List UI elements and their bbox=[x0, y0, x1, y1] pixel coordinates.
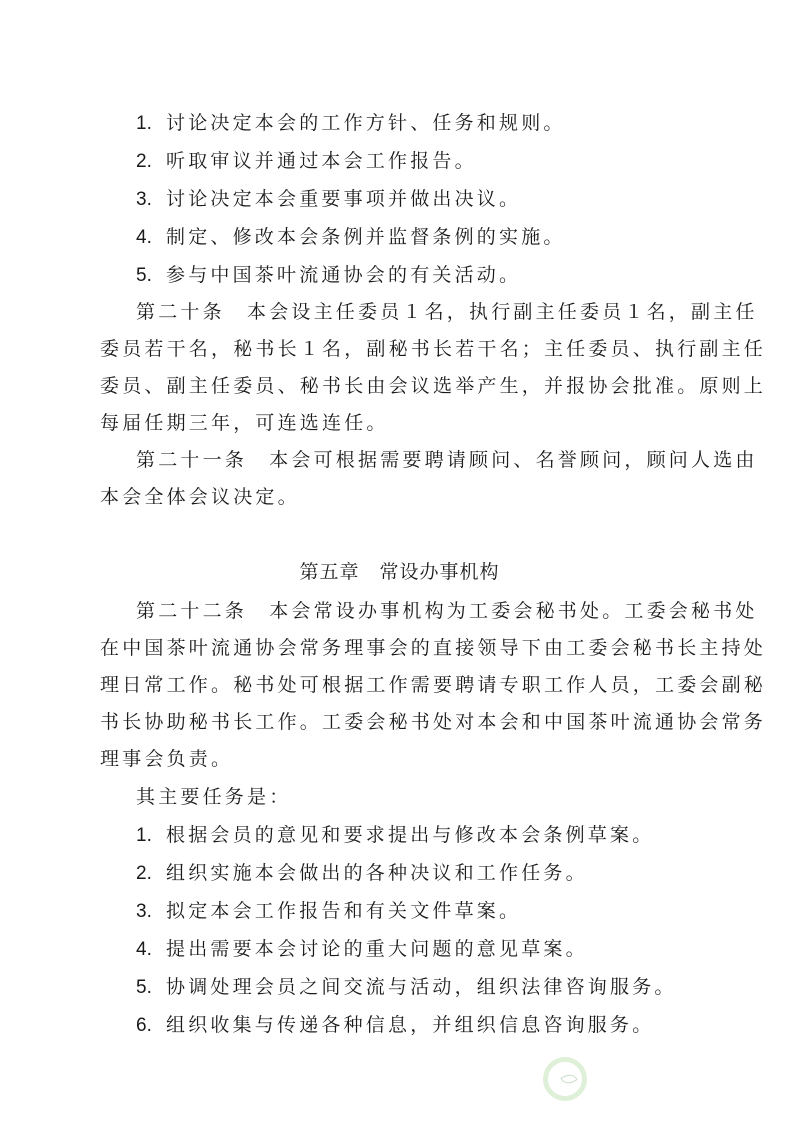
item-text: 讨论决定本会重要事项并做出决议。 bbox=[166, 188, 521, 210]
article-22-line: 在中国茶叶流通协会常务理事会的直接领导下由工委会秘书长主持处 bbox=[100, 633, 766, 660]
article-22-line: 书长协助秘书长工作。工委会秘书处对本会和中国茶叶流通协会常务 bbox=[100, 707, 766, 734]
item-text: 听取审议并通过本会工作报告。 bbox=[166, 150, 477, 172]
item-number: 5. bbox=[136, 977, 166, 999]
item-number: 2. bbox=[136, 863, 166, 885]
article-22-line: 第二十二条 本会常设办事机构为工委会秘书处。工委会秘书处 bbox=[136, 596, 758, 623]
list-item: 4.制定、修改本会条例并监督条例的实施。 bbox=[136, 222, 566, 249]
article-21-line: 第二十一条 本会可根据需要聘请顾问、名誉顾问，顾问人选由 bbox=[136, 445, 758, 472]
list-item: 1.根据会员的意见和要求提出与修改本会条例草案。 bbox=[136, 820, 654, 847]
article-20-line: 第二十条 本会设主任委员１名，执行副主任委员１名，副主任 bbox=[136, 297, 758, 324]
article-22-line: 理日常工作。秘书处可根据工作需要聘请专职工作人员，工委会副秘 bbox=[100, 670, 766, 697]
article-20-line: 每届任期三年，可连选连任。 bbox=[100, 408, 389, 435]
list-item: 5.协调处理会员之间交流与活动，组织法律咨询服务。 bbox=[136, 972, 677, 999]
list-item: 2.组织实施本会做出的各种决议和工作任务。 bbox=[136, 858, 588, 885]
item-number: 1. bbox=[136, 113, 166, 135]
item-text: 组织实施本会做出的各种决议和工作任务。 bbox=[166, 862, 588, 884]
item-number: 6. bbox=[136, 1015, 166, 1037]
item-text: 参与中国茶叶流通协会的有关活动。 bbox=[166, 264, 521, 286]
list-item: 5.参与中国茶叶流通协会的有关活动。 bbox=[136, 260, 521, 287]
item-number: 4. bbox=[136, 939, 166, 961]
item-number: 3. bbox=[136, 189, 166, 211]
chapter-heading: 第五章常设办事机构 bbox=[0, 557, 799, 584]
leaf-watermark-icon bbox=[543, 1057, 587, 1101]
chapter-number: 第五章 bbox=[299, 561, 359, 583]
list-item: 3.拟定本会工作报告和有关文件草案。 bbox=[136, 896, 521, 923]
item-text: 讨论决定本会的工作方针、任务和规则。 bbox=[166, 112, 566, 134]
list-item: 4.提出需要本会讨论的重大问题的意见草案。 bbox=[136, 934, 588, 961]
item-number: 5. bbox=[136, 265, 166, 287]
item-number: 1. bbox=[136, 825, 166, 847]
article-20-line: 委员若干名，秘书长１名，副秘书长若干名；主任委员、执行副主任 bbox=[100, 334, 766, 361]
list-item: 2.听取审议并通过本会工作报告。 bbox=[136, 146, 477, 173]
item-text: 提出需要本会讨论的重大问题的意见草案。 bbox=[166, 938, 588, 960]
item-number: 3. bbox=[136, 901, 166, 923]
chapter-title: 常设办事机构 bbox=[380, 561, 500, 583]
article-22-line: 理事会负责。 bbox=[100, 744, 233, 771]
tasks-intro: 其主要任务是： bbox=[136, 782, 291, 809]
list-item: 3.讨论决定本会重要事项并做出决议。 bbox=[136, 184, 521, 211]
article-20-line: 委员、副主任委员、秘书长由会议选举产生，并报协会批准。原则上 bbox=[100, 371, 766, 398]
item-text: 拟定本会工作报告和有关文件草案。 bbox=[166, 900, 521, 922]
item-number: 4. bbox=[136, 227, 166, 249]
article-21-line: 本会全体会议决定。 bbox=[100, 482, 300, 509]
item-text: 根据会员的意见和要求提出与修改本会条例草案。 bbox=[166, 824, 654, 846]
item-text: 制定、修改本会条例并监督条例的实施。 bbox=[166, 226, 566, 248]
list-item: 6.组织收集与传递各种信息，并组织信息咨询服务。 bbox=[136, 1010, 654, 1037]
list-item: 1.讨论决定本会的工作方针、任务和规则。 bbox=[136, 108, 566, 135]
item-number: 2. bbox=[136, 151, 166, 173]
item-text: 协调处理会员之间交流与活动，组织法律咨询服务。 bbox=[166, 976, 677, 998]
item-text: 组织收集与传递各种信息，并组织信息咨询服务。 bbox=[166, 1014, 654, 1036]
